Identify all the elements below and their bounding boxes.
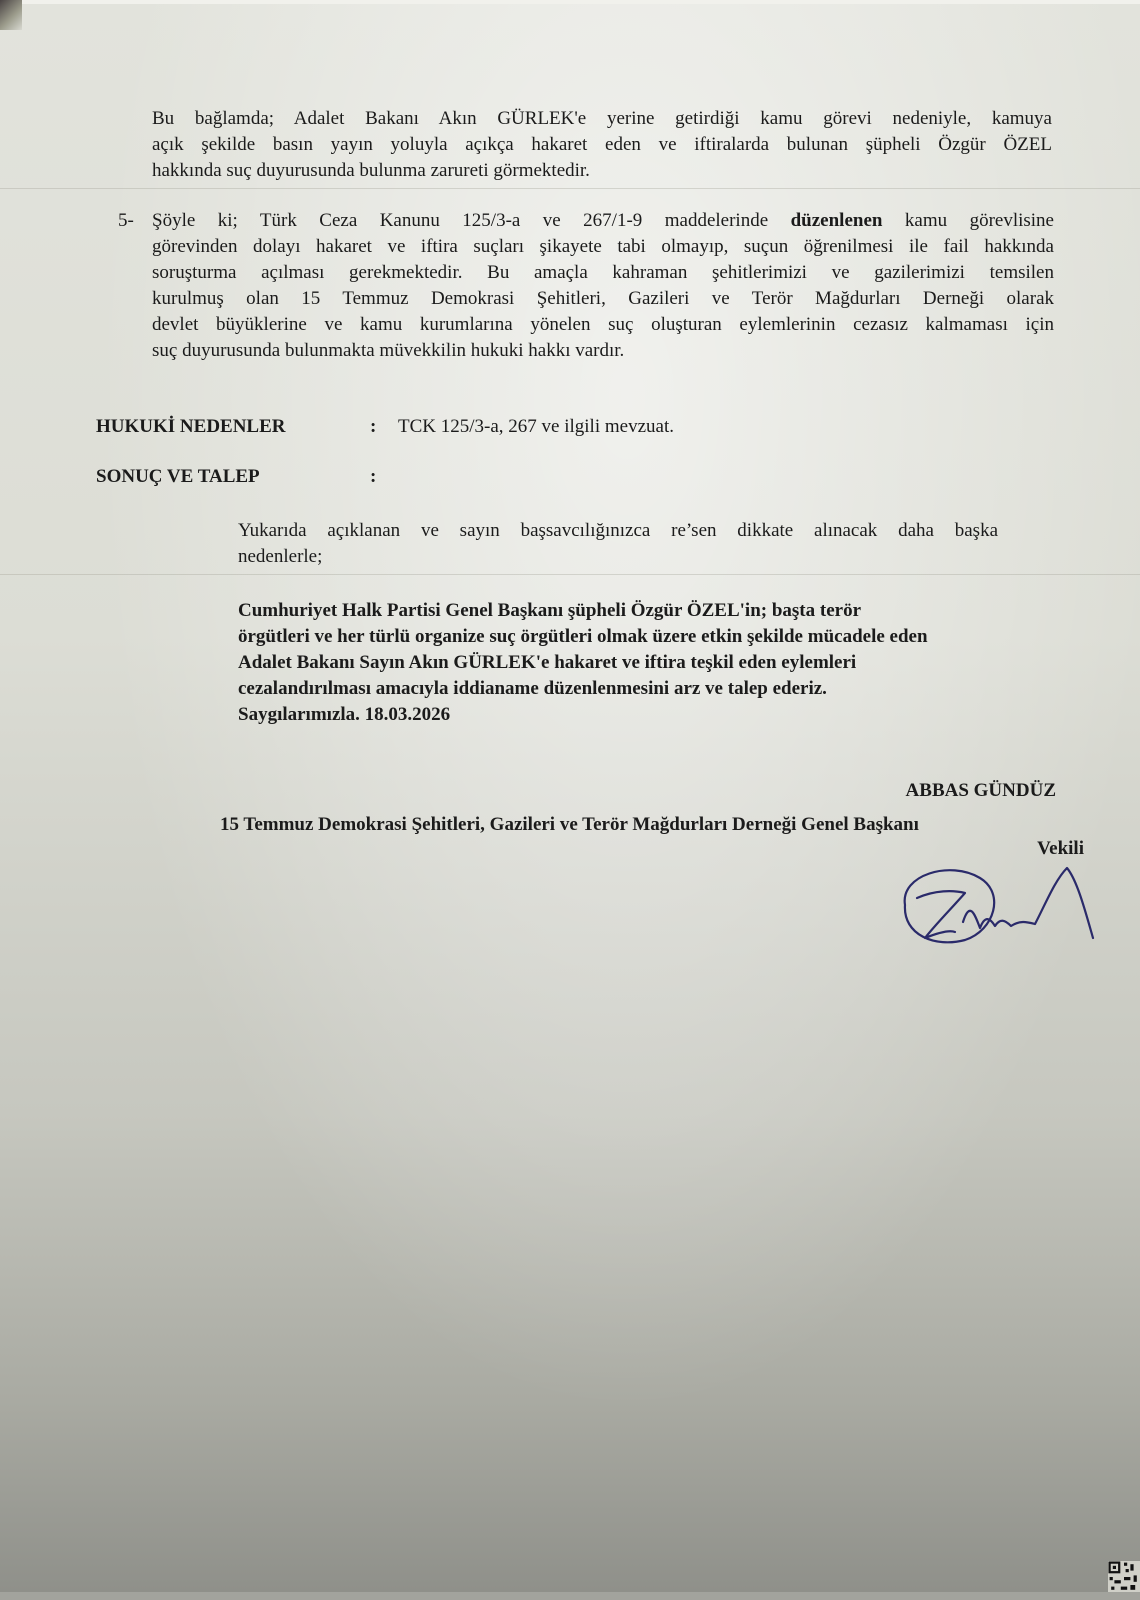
conclusion-intro: Yukarıda açıklanan ve sayın başsavcılığı…: [238, 518, 998, 570]
conclusion-separator: :: [370, 466, 376, 488]
paper-fold-line: [0, 188, 1140, 189]
document-page: Bu bağlamda; Adalet Bakanı Akın GÜRLEK'e…: [0, 0, 1140, 1592]
demand-line: Cumhuriyet Halk Partisi Genel Başkanı şü…: [238, 598, 1073, 624]
emphasized-text: düzenlenen: [791, 210, 883, 231]
signatory-role: Vekili: [1037, 838, 1084, 860]
legal-grounds-label: HUKUKİ NEDENLER: [96, 416, 286, 438]
paper-corner-shadow: [0, 0, 22, 30]
qr-code-icon: [1108, 1561, 1140, 1593]
text-run: Şöyle ki; Türk Ceza Kanunu 125/3-a ve 26…: [152, 210, 791, 231]
legal-grounds-value: TCK 125/3-a, 267 ve ilgili mevzuat.: [398, 416, 674, 438]
intro-line: açık şekilde basın yayın yoluyla açıkça …: [152, 132, 1052, 158]
conclusion-intro-line: nedenlerle;: [238, 544, 998, 570]
item-5-line: görevinden dolayı hakaret ve iftira suçl…: [152, 234, 1054, 260]
demand-paragraph: Cumhuriyet Halk Partisi Genel Başkanı şü…: [238, 598, 1073, 728]
item-5-line: suç duyurusunda bulunmakta müvekkilin hu…: [152, 338, 1054, 364]
intro-paragraph: Bu bağlamda; Adalet Bakanı Akın GÜRLEK'e…: [152, 106, 1052, 184]
intro-line: Bu bağlamda; Adalet Bakanı Akın GÜRLEK'e…: [152, 106, 1052, 132]
signatory-organization: 15 Temmuz Demokrasi Şehitleri, Gazileri …: [220, 814, 919, 836]
intro-line: hakkında suç duyurusunda bulunma zaruret…: [152, 158, 1052, 184]
item-5-line: kurulmuş olan 15 Temmuz Demokrasi Şehitl…: [152, 286, 1054, 312]
demand-line: cezalandırılması amacıyla iddianame düze…: [238, 676, 1073, 702]
demand-line: örgütleri ve her türlü organize suç örgü…: [238, 624, 1073, 650]
item-5-paragraph: Şöyle ki; Türk Ceza Kanunu 125/3-a ve 26…: [152, 208, 1054, 364]
conclusion-intro-line: Yukarıda açıklanan ve sayın başsavcılığı…: [238, 518, 998, 544]
paper-fold-line: [0, 574, 1140, 575]
item-5-line: devlet büyüklerine ve kamu kurumlarına y…: [152, 312, 1054, 338]
text-run: kamu görevlisine: [882, 210, 1054, 231]
image-bottom-border: [0, 1592, 1140, 1600]
paper-top-edge: [0, 0, 1140, 4]
legal-grounds-separator: :: [370, 416, 376, 438]
conclusion-label: SONUÇ VE TALEP: [96, 466, 260, 488]
demand-date-line: Saygılarımızla. 18.03.2026: [238, 702, 1073, 728]
item-5-line: soruşturma açılması gerekmektedir. Bu am…: [152, 260, 1054, 286]
demand-line: Adalet Bakanı Sayın Akın GÜRLEK'e hakare…: [238, 650, 1073, 676]
item-number: 5-: [118, 208, 134, 234]
signatory-name: ABBAS GÜNDÜZ: [906, 780, 1056, 802]
item-5-line: Şöyle ki; Türk Ceza Kanunu 125/3-a ve 26…: [152, 208, 1054, 234]
handwritten-signature-icon: [895, 860, 1115, 950]
